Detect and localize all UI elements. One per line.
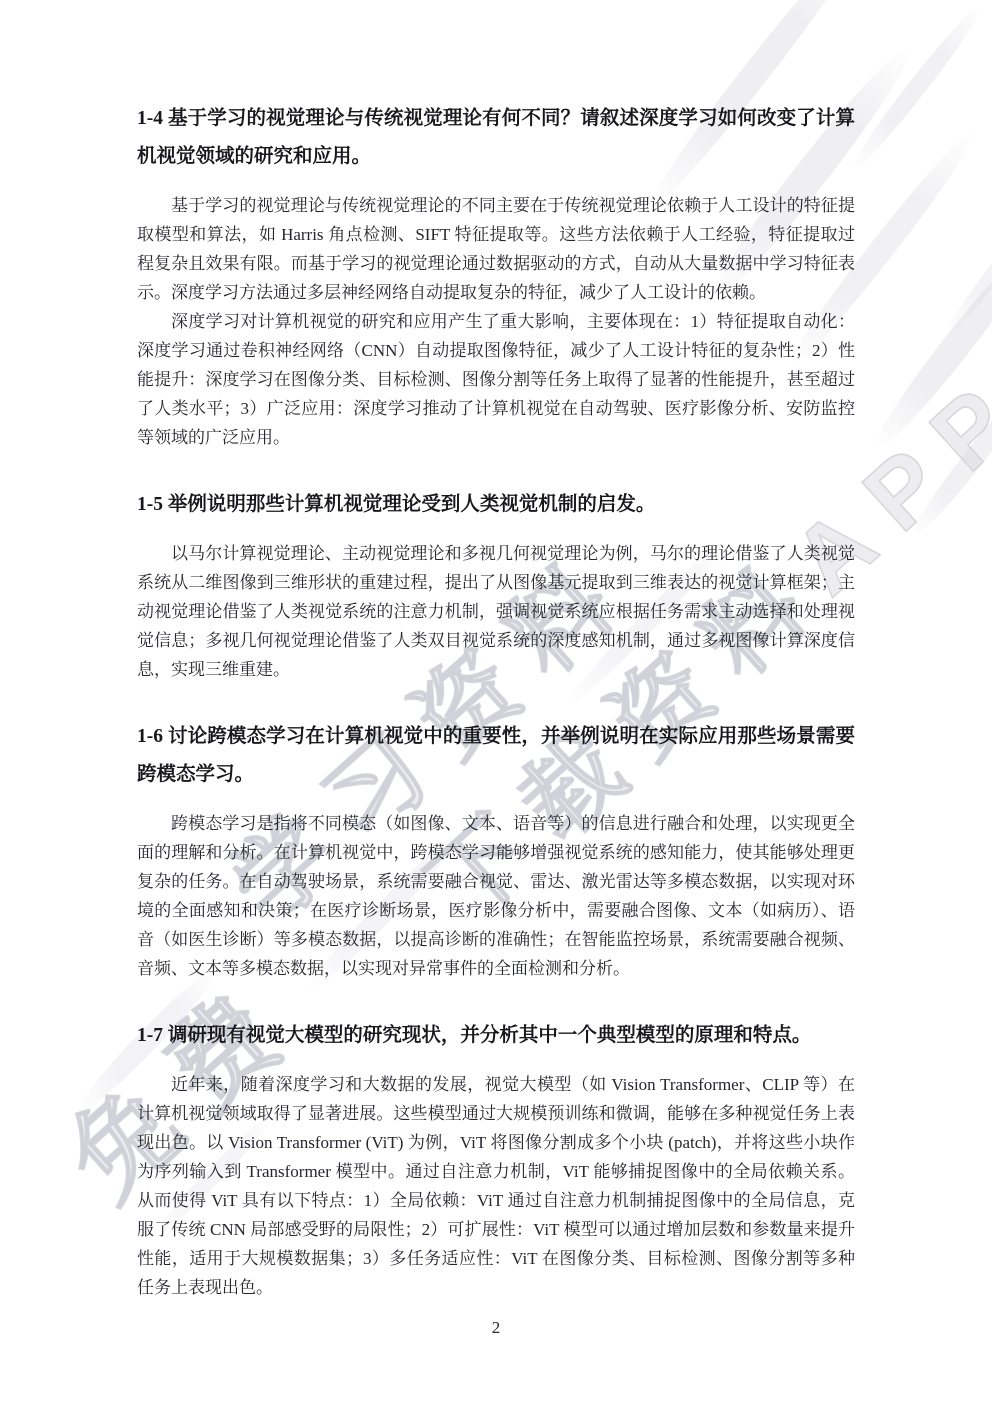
watermark-brush-stroke	[940, 188, 992, 340]
section-paragraph: 以马尔计算视觉理论、主动视觉理论和多视几何视觉理论为例，马尔的理论借鉴了人类视觉…	[137, 539, 855, 684]
section-paragraph: 深度学习对计算机视觉的研究和应用产生了重大影响，主要体现在：1）特征提取自动化：…	[137, 307, 855, 452]
watermark-brush-stroke	[845, 0, 988, 176]
page-number: 2	[0, 1318, 992, 1338]
section-heading: 1-5 举例说明那些计算机视觉理论受到人类视觉机制的启发。	[137, 486, 855, 524]
document-content: 1-4 基于学习的视觉理论与传统视觉理论有何不同？请叙述深度学习如何改变了计算机…	[137, 100, 855, 1302]
watermark-brush-stroke	[865, 235, 992, 457]
document-page: 免费学习资料下载资料APP 1-4 基于学习的视觉理论与传统视觉理论有何不同？请…	[0, 0, 992, 1403]
section-paragraph: 近年来，随着深度学习和大数据的发展，视觉大模型（如 Vision Transfo…	[137, 1070, 855, 1302]
section-heading: 1-6 讨论跨模态学习在计算机视觉中的重要性，并举例说明在实际应用那些场景需要跨…	[137, 718, 855, 794]
section-paragraph: 跨模态学习是指将不同模态（如图像、文本、语音等）的信息进行融合和处理，以实现更全…	[137, 809, 855, 983]
watermark-brush-stroke	[905, 380, 992, 542]
section-heading: 1-4 基于学习的视觉理论与传统视觉理论有何不同？请叙述深度学习如何改变了计算机…	[137, 100, 855, 176]
section-heading: 1-7 调研现有视觉大模型的研究现状，并分析其中一个典型模型的原理和特点。	[137, 1017, 855, 1055]
section-paragraph: 基于学习的视觉理论与传统视觉理论的不同主要在于传统视觉理论依赖于人工设计的特征提…	[137, 191, 855, 307]
